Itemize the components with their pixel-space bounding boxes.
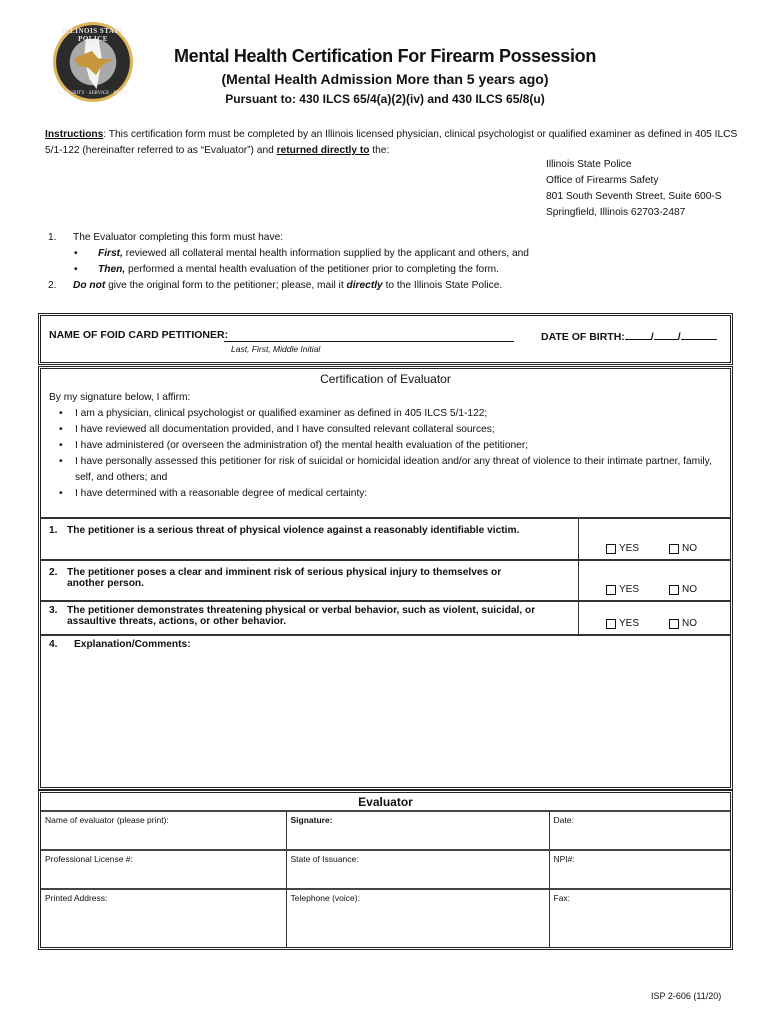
petitioner-name-field[interactable]	[224, 341, 514, 342]
bullet-icon: •	[74, 246, 78, 262]
form-subtitle: (Mental Health Admission More than 5 yea…	[150, 71, 620, 87]
seal-bottom-text: INTEGRITY · SERVICE · PRIDE	[56, 91, 130, 96]
address-line: Springfield, Illinois 62703-2487	[546, 205, 722, 221]
affirmation-item: I have determined with a reasonable degr…	[75, 486, 729, 502]
instructions-text-end: the:	[369, 145, 389, 156]
affirmation-block: By my signature below, I affirm: I am a …	[49, 390, 729, 502]
dob-year-field[interactable]	[681, 329, 717, 340]
instruction-item: 1. The Evaluator completing this form mu…	[48, 230, 529, 246]
comments-label: 4.Explanation/Comments:	[49, 639, 191, 650]
petitioner-name-hint: Last, First, Middle Initial	[231, 344, 320, 354]
q3-yes-checkbox[interactable]: YES	[606, 618, 639, 629]
instruction-list: 1. The Evaluator completing this form mu…	[48, 230, 529, 294]
evaluator-section: Evaluator Name of evaluator (please prin…	[38, 790, 733, 950]
q1-yes-checkbox[interactable]: YES	[606, 543, 639, 554]
affirmation-item: I have personally assessed this petition…	[75, 454, 729, 486]
address-line: 801 South Seventh Street, Suite 600-S	[546, 189, 722, 205]
checkbox-icon	[669, 619, 679, 629]
checkbox-icon	[606, 544, 616, 554]
comments-row	[41, 635, 730, 636]
date-of-birth: DATE OF BIRTH://	[541, 329, 717, 343]
affirmation-item: I have reviewed all documentation provid…	[75, 422, 729, 438]
q3-no-checkbox[interactable]: NO	[669, 618, 697, 629]
question-text: 2.The petitioner poses a clear and immin…	[41, 560, 579, 601]
date-field[interactable]: Date:	[549, 811, 730, 850]
illinois-state-police-seal-logo: ILLINOIS STATE POLICE INTEGRITY · SERVIC…	[53, 22, 133, 102]
affirmation-intro: By my signature below, I affirm:	[49, 390, 729, 406]
address-line: Office of Firearms Safety	[546, 173, 722, 189]
statute-reference: Pursuant to: 430 ILCS 65/4(a)(2)(iv) and…	[150, 92, 620, 106]
q1-no-checkbox[interactable]: NO	[669, 543, 697, 554]
state-of-issuance-field[interactable]: State of Issuance:	[286, 850, 549, 889]
checkbox-icon	[669, 585, 679, 595]
affirmation-item: I am a physician, clinical psychologist …	[75, 406, 729, 422]
fax-field[interactable]: Fax:	[549, 889, 730, 948]
license-field[interactable]: Professional License #:	[41, 850, 286, 889]
dob-month-field[interactable]	[625, 329, 651, 340]
comments-field[interactable]	[49, 657, 725, 781]
dob-day-field[interactable]	[654, 329, 678, 340]
yes-no-options: YES NO	[579, 560, 731, 601]
instruction-item: 2. Do not give the original form to the …	[48, 278, 529, 294]
printed-address-field[interactable]: Printed Address:	[41, 889, 286, 948]
checkbox-icon	[669, 544, 679, 554]
instruction-subitem: • First, reviewed all collateral mental …	[48, 246, 529, 262]
affirmation-list: I am a physician, clinical psychologist …	[49, 406, 729, 502]
q2-no-checkbox[interactable]: NO	[669, 584, 697, 595]
form-id: ISP 2-606 (11/20)	[651, 991, 721, 1001]
form-title: Mental Health Certification For Firearm …	[150, 46, 620, 67]
evaluator-name-field[interactable]: Name of evaluator (please print):	[41, 811, 286, 850]
returned-directly-text: returned directly to	[277, 145, 370, 156]
yes-no-options: YES NO	[579, 518, 731, 560]
instructions-label: Instructions	[45, 129, 103, 140]
question-row: 1.The petitioner is a serious threat of …	[41, 518, 730, 560]
petitioner-section: NAME OF FOID CARD PETITIONER: Last, Firs…	[38, 313, 733, 365]
npi-field[interactable]: NPI#:	[549, 850, 730, 889]
affirmation-item: I have administered (or overseen the adm…	[75, 438, 729, 454]
checkbox-icon	[606, 619, 616, 629]
dob-label: DATE OF BIRTH:	[541, 331, 625, 343]
instructions-paragraph: Instructions: This certification form mu…	[45, 127, 745, 159]
question-row: 2.The petitioner poses a clear and immin…	[41, 560, 730, 601]
instruction-subitem: • Then, performed a mental health evalua…	[48, 262, 529, 278]
question-text: 3.The petitioner demonstrates threatenin…	[41, 601, 579, 635]
signature-field[interactable]: Signature:	[286, 811, 549, 850]
address-line: Illinois State Police	[546, 157, 722, 173]
petitioner-name-label: NAME OF FOID CARD PETITIONER:	[49, 329, 228, 341]
certification-heading: Certification of Evaluator	[41, 372, 730, 386]
mailing-address: Illinois State Police Office of Firearms…	[546, 157, 722, 221]
seal-top-text: ILLINOIS STATE POLICE	[56, 27, 130, 43]
question-text: 1.The petitioner is a serious threat of …	[41, 518, 579, 560]
q2-yes-checkbox[interactable]: YES	[606, 584, 639, 595]
yes-no-options: YES NO	[579, 601, 731, 635]
eagle-icon	[74, 51, 114, 75]
instructions-text: : This certification form must be comple…	[45, 129, 737, 156]
certification-section: Certification of Evaluator By my signatu…	[38, 366, 733, 790]
evaluator-heading: Evaluator	[41, 795, 730, 809]
bullet-icon: •	[74, 262, 78, 278]
determination-questions: 1.The petitioner is a serious threat of …	[41, 517, 730, 636]
question-row: 3.The petitioner demonstrates threatenin…	[41, 601, 730, 635]
telephone-field[interactable]: Telephone (voice):	[286, 889, 549, 948]
checkbox-icon	[606, 585, 616, 595]
evaluator-grid: Name of evaluator (please print): Signat…	[41, 810, 730, 948]
